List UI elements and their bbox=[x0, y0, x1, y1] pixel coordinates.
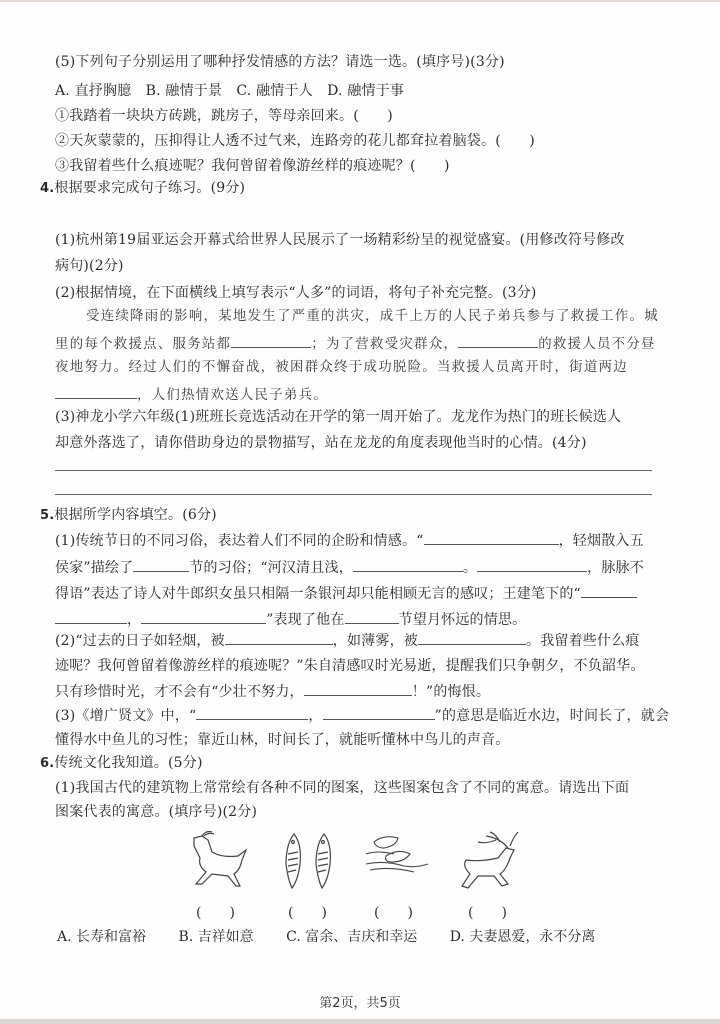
text: ；为了营救受灾群众， bbox=[311, 337, 458, 352]
pattern-pictures bbox=[0, 830, 720, 900]
text: ，人们热情欢送人民子弟兵。 bbox=[137, 388, 328, 403]
q4-title: 根据要求完成句子练习。(9分) bbox=[54, 180, 245, 196]
blank[interactable] bbox=[225, 630, 333, 645]
text: ，脉脉不 bbox=[587, 560, 644, 576]
text: 的救援人员不分昼 bbox=[538, 337, 656, 352]
mandarin-ducks-icon bbox=[364, 830, 430, 880]
q6-p1-line1: (1)我国古代的建筑物上常常绘有各种不同的图案，这些图案包含了不同的寓意。请选出… bbox=[55, 778, 629, 798]
text: 节望月怀远的情思。 bbox=[399, 612, 527, 628]
text: ”表现了他在 bbox=[266, 612, 344, 628]
q3-part5-prompt: (5)下列句子分别运用了哪种抒发情感的方法？请选一选。(填序号)(3分) bbox=[55, 52, 505, 72]
q3-part5-item-3: ③我留着些什么痕迹呢？我何曾留着像游丝样的痕迹呢？( ) bbox=[55, 156, 450, 176]
q4-heading: 4.根据要求完成句子练习。(9分) bbox=[40, 178, 245, 199]
option-b: B. 吉祥如意 bbox=[178, 929, 253, 945]
answer-paren-1[interactable]: ( ) bbox=[196, 902, 235, 922]
q5-p2-line1: (2)“过去的日子如轻烟，被，如薄雾，被。我留着些什么痕 bbox=[55, 630, 640, 651]
q6-title: 传统文化我知道。(5分) bbox=[54, 755, 202, 771]
blank[interactable] bbox=[323, 705, 435, 720]
text: 节的习俗；“河汉清且浅， bbox=[189, 560, 353, 576]
text: ！”的悔恨。 bbox=[412, 684, 490, 700]
blank[interactable] bbox=[304, 681, 412, 696]
q6-options: A. 长寿和富裕 B. 吉祥如意 C. 富余、吉庆和幸运 D. 夫妻恩爱，永不分… bbox=[57, 926, 623, 946]
blank[interactable] bbox=[581, 583, 637, 598]
q5-p1-line2: 侯家”描绘了节的习俗；“河汉清且浅，。，脉脉不 bbox=[55, 557, 644, 578]
text: 。 bbox=[463, 560, 477, 576]
text: 得语”表达了诗人对牛郎织女虽只相隔一条银河却只能相顾无言的感叹；王建笔下的“ bbox=[55, 586, 581, 602]
q4-part1-line2: 病句)(2分) bbox=[55, 256, 124, 276]
q3-part5-item-2: ②天灰蒙蒙的，压抑得让人透不过气来，连路旁的花儿都耷拉着脑袋。( ) bbox=[55, 131, 535, 151]
answer-line-1[interactable] bbox=[55, 470, 652, 471]
blank[interactable] bbox=[196, 705, 308, 720]
text: 里的每个救援点、服务站都 bbox=[55, 337, 231, 352]
q4-part1-line1: (1)杭州第19届亚运会开幕式给世界人民展示了一场精彩纷呈的视觉盛宴。(用修改符… bbox=[55, 230, 625, 250]
blank-crowded-1[interactable] bbox=[231, 333, 311, 348]
text: ， bbox=[127, 612, 141, 628]
q5-p2-line2: 迹呢？我何曾留着像游丝样的痕迹呢？”朱自清感叹时光易逝，提醒我们只争朝夕，不负韶… bbox=[55, 656, 645, 676]
answer-line-2[interactable] bbox=[55, 494, 652, 495]
text: (1)传统节日的不同习俗，表达着人们不同的企盼和情感。“ bbox=[55, 533, 424, 549]
q5-p3-line1: (3)《增广贤文》中，“，”的意思是临近水边，时间长了，就会 bbox=[55, 705, 669, 726]
deer-icon bbox=[456, 830, 526, 896]
q5-title: 根据所学内容填空。(6分) bbox=[54, 507, 216, 523]
option-c: C. 富余、吉庆和幸运 bbox=[286, 929, 417, 945]
q4-passage-line1: 受连续降雨的影响，某地发生了严重的洪灾，成千上万的人民子弟兵参与了救援工作。城 bbox=[86, 307, 659, 327]
q5-p1-line4: ，”表现了他在节望月怀远的情思。 bbox=[55, 609, 526, 630]
q6-heading: 6.传统文化我知道。(5分) bbox=[40, 753, 203, 774]
q4-part2-prompt: (2)根据情境，在下面横线上填写表示“人多”的词语，将句子补充完整。(3分) bbox=[55, 283, 537, 303]
q5-p3-line2: 懂得水中鱼儿的习性；靠近山林，时间长了，就能听懂林中鸟儿的声音。 bbox=[55, 730, 509, 750]
text: (3)《增广贤文》中，“ bbox=[55, 708, 196, 724]
text: ，轻烟散入五 bbox=[559, 533, 644, 549]
q4-passage-line4: ，人们热情欢送人民子弟兵。 bbox=[55, 384, 328, 406]
blank[interactable] bbox=[477, 557, 587, 572]
page-number: 第2页，共5页 bbox=[0, 992, 720, 1011]
answer-paren-3[interactable]: ( ) bbox=[374, 902, 413, 922]
q5-number: 5. bbox=[40, 508, 54, 523]
q6-p1-line2: 图案代表的寓意。(填序号)(2分) bbox=[55, 802, 257, 822]
blank[interactable] bbox=[424, 530, 559, 545]
q5-p1-line1: (1)传统节日的不同习俗，表达着人们不同的企盼和情感。“，轻烟散入五 bbox=[55, 530, 644, 551]
q4-passage-line3: 夜地努力。经过人们的不懈奋战，被困群众终于成功脱险。当救援人员离开时，街道两边 bbox=[55, 358, 628, 378]
option-d: D. 夫妻恩爱，永不分离 bbox=[450, 929, 596, 945]
twin-fish-icon bbox=[282, 830, 336, 892]
option-a: A. 长寿和富裕 bbox=[57, 929, 146, 945]
text: 只有珍惜时光，才不会有“少壮不努力， bbox=[55, 684, 304, 700]
blank[interactable] bbox=[418, 630, 526, 645]
q4-passage-line2: 里的每个救援点、服务站都；为了营救受灾群众，的救援人员不分昼 bbox=[55, 333, 656, 355]
top-edge bbox=[0, 0, 720, 2]
text: ， bbox=[308, 708, 322, 724]
q3-part5-item-1: ①我踏着一块块方砖跳，跳房子，等母亲回来。( ) bbox=[55, 106, 393, 126]
q3-part5-options: A. 直抒胸臆 B. 融情于景 C. 融情于人 D. 融情于事 bbox=[55, 81, 404, 101]
q4-number: 4. bbox=[40, 181, 54, 196]
blank-crowded-3[interactable] bbox=[55, 384, 137, 399]
text: ，如薄雾，被 bbox=[333, 633, 418, 649]
q5-p1-line3: 得语”表达了诗人对牛郎织女虽只相隔一条银河却只能相顾无言的感叹；王建笔下的“ bbox=[55, 583, 637, 604]
blank[interactable] bbox=[133, 557, 189, 572]
text: (2)“过去的日子如轻烟，被 bbox=[55, 633, 225, 649]
goat-icon bbox=[182, 830, 254, 892]
text: 。我留着些什么痕 bbox=[526, 633, 640, 649]
q5-p2-line3: 只有珍惜时光，才不会有“少壮不努力，！”的悔恨。 bbox=[55, 681, 490, 702]
q4-part3-line2: 却意外落选了，请你借助身边的景物描写，站在龙龙的角度表现他当时的心情。(4分) bbox=[55, 433, 587, 453]
q5-heading: 5.根据所学内容填空。(6分) bbox=[40, 505, 217, 526]
text: ”的意思是临近水边，时间长了，就会 bbox=[435, 708, 670, 724]
blank[interactable] bbox=[55, 609, 127, 624]
blank[interactable] bbox=[345, 609, 399, 624]
answer-paren-2[interactable]: ( ) bbox=[288, 902, 327, 922]
answer-paren-4[interactable]: ( ) bbox=[468, 902, 507, 922]
blank-crowded-2[interactable] bbox=[458, 333, 538, 348]
blank[interactable] bbox=[141, 609, 266, 624]
text: 侯家”描绘了 bbox=[55, 560, 133, 576]
bottom-edge bbox=[0, 1019, 720, 1024]
q4-part3-line1: (3)神龙小学六年级(1)班班长竞选活动在开学的第一周开始了。龙龙作为热门的班长… bbox=[55, 407, 621, 427]
q6-number: 6. bbox=[40, 756, 54, 771]
blank[interactable] bbox=[353, 557, 463, 572]
